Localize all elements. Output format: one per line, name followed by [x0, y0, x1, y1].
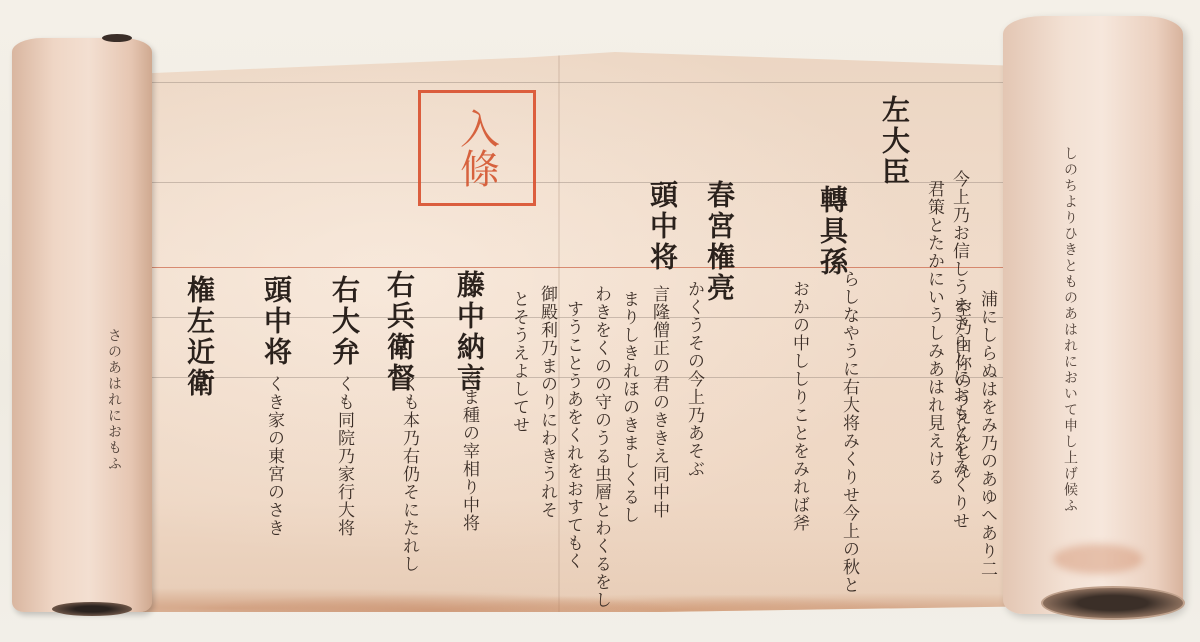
heading: 右大弁 — [330, 275, 358, 368]
guide-rule-top — [120, 82, 1020, 83]
text-column: 空乃由你のうえんしん — [952, 300, 969, 480]
heading: 頭中将 — [262, 275, 290, 368]
text-column: くま種の宰相り中将 — [460, 370, 477, 532]
seal-glyphs: 入條 — [449, 108, 506, 188]
stain — [1053, 544, 1143, 574]
text-column: 言隆僧正の君のききえ同中中 — [650, 285, 667, 519]
paper-seam — [558, 52, 560, 612]
text-column: くも本乃右仍そにたれし — [400, 375, 417, 573]
text-column: 浦にしらぬはをみ乃のあゆへあり二 — [978, 290, 995, 578]
heading: 轉具孫 — [818, 185, 846, 278]
red-seal: 入條 — [418, 90, 536, 206]
text-column: とそうえよしてせ — [510, 290, 527, 434]
text-column: かくうその今上乃あそぶ — [685, 280, 702, 478]
text-column: すうことうあをくれをおすてもく — [564, 300, 581, 570]
text-column: 御殿利乃まのりにわきうれそ — [538, 285, 555, 519]
text-column: くも同院乃家行大将 — [335, 375, 352, 537]
heading: 頭中将 — [648, 180, 676, 273]
text-column: らしなやうに右大将みくりせ今上の秋と — [840, 270, 857, 594]
roller-text: しのちよりひきとものあはれにおいて申し上げ候ふ — [1063, 146, 1077, 514]
heading-sadaijin: 左大臣 — [880, 95, 908, 188]
roller-knob — [102, 34, 132, 42]
text-column: まりしきれほのきましくるし — [620, 290, 637, 524]
scroll-photo: 入條 左大臣 轉具孫 春宮権亮 頭中将 藤中納言 右兵衛督 右大弁 頭中将 権左… — [0, 0, 1200, 642]
right-roller: しのちよりひきとものあはれにおいて申し上げ候ふ — [1003, 16, 1183, 614]
heading: 権左近衛 — [185, 275, 213, 399]
heading: 春宮権亮 — [705, 180, 733, 304]
roller-end — [1041, 586, 1185, 620]
text-column: 君策とたかにいうしみあはれ見えける — [925, 180, 942, 486]
roller-end — [52, 602, 132, 616]
guide-rule-red — [120, 267, 1020, 268]
text-column: おかの中ししりことをみれば斧 — [790, 280, 807, 532]
left-roller: さのあはれにおもふ — [12, 38, 152, 612]
text-column: わきをくのの守のうる虫層とわくるをし — [592, 285, 609, 609]
text-column: くき家の東宮のさき — [265, 375, 282, 537]
roller-text: さのあはれにおもふ — [107, 328, 121, 472]
